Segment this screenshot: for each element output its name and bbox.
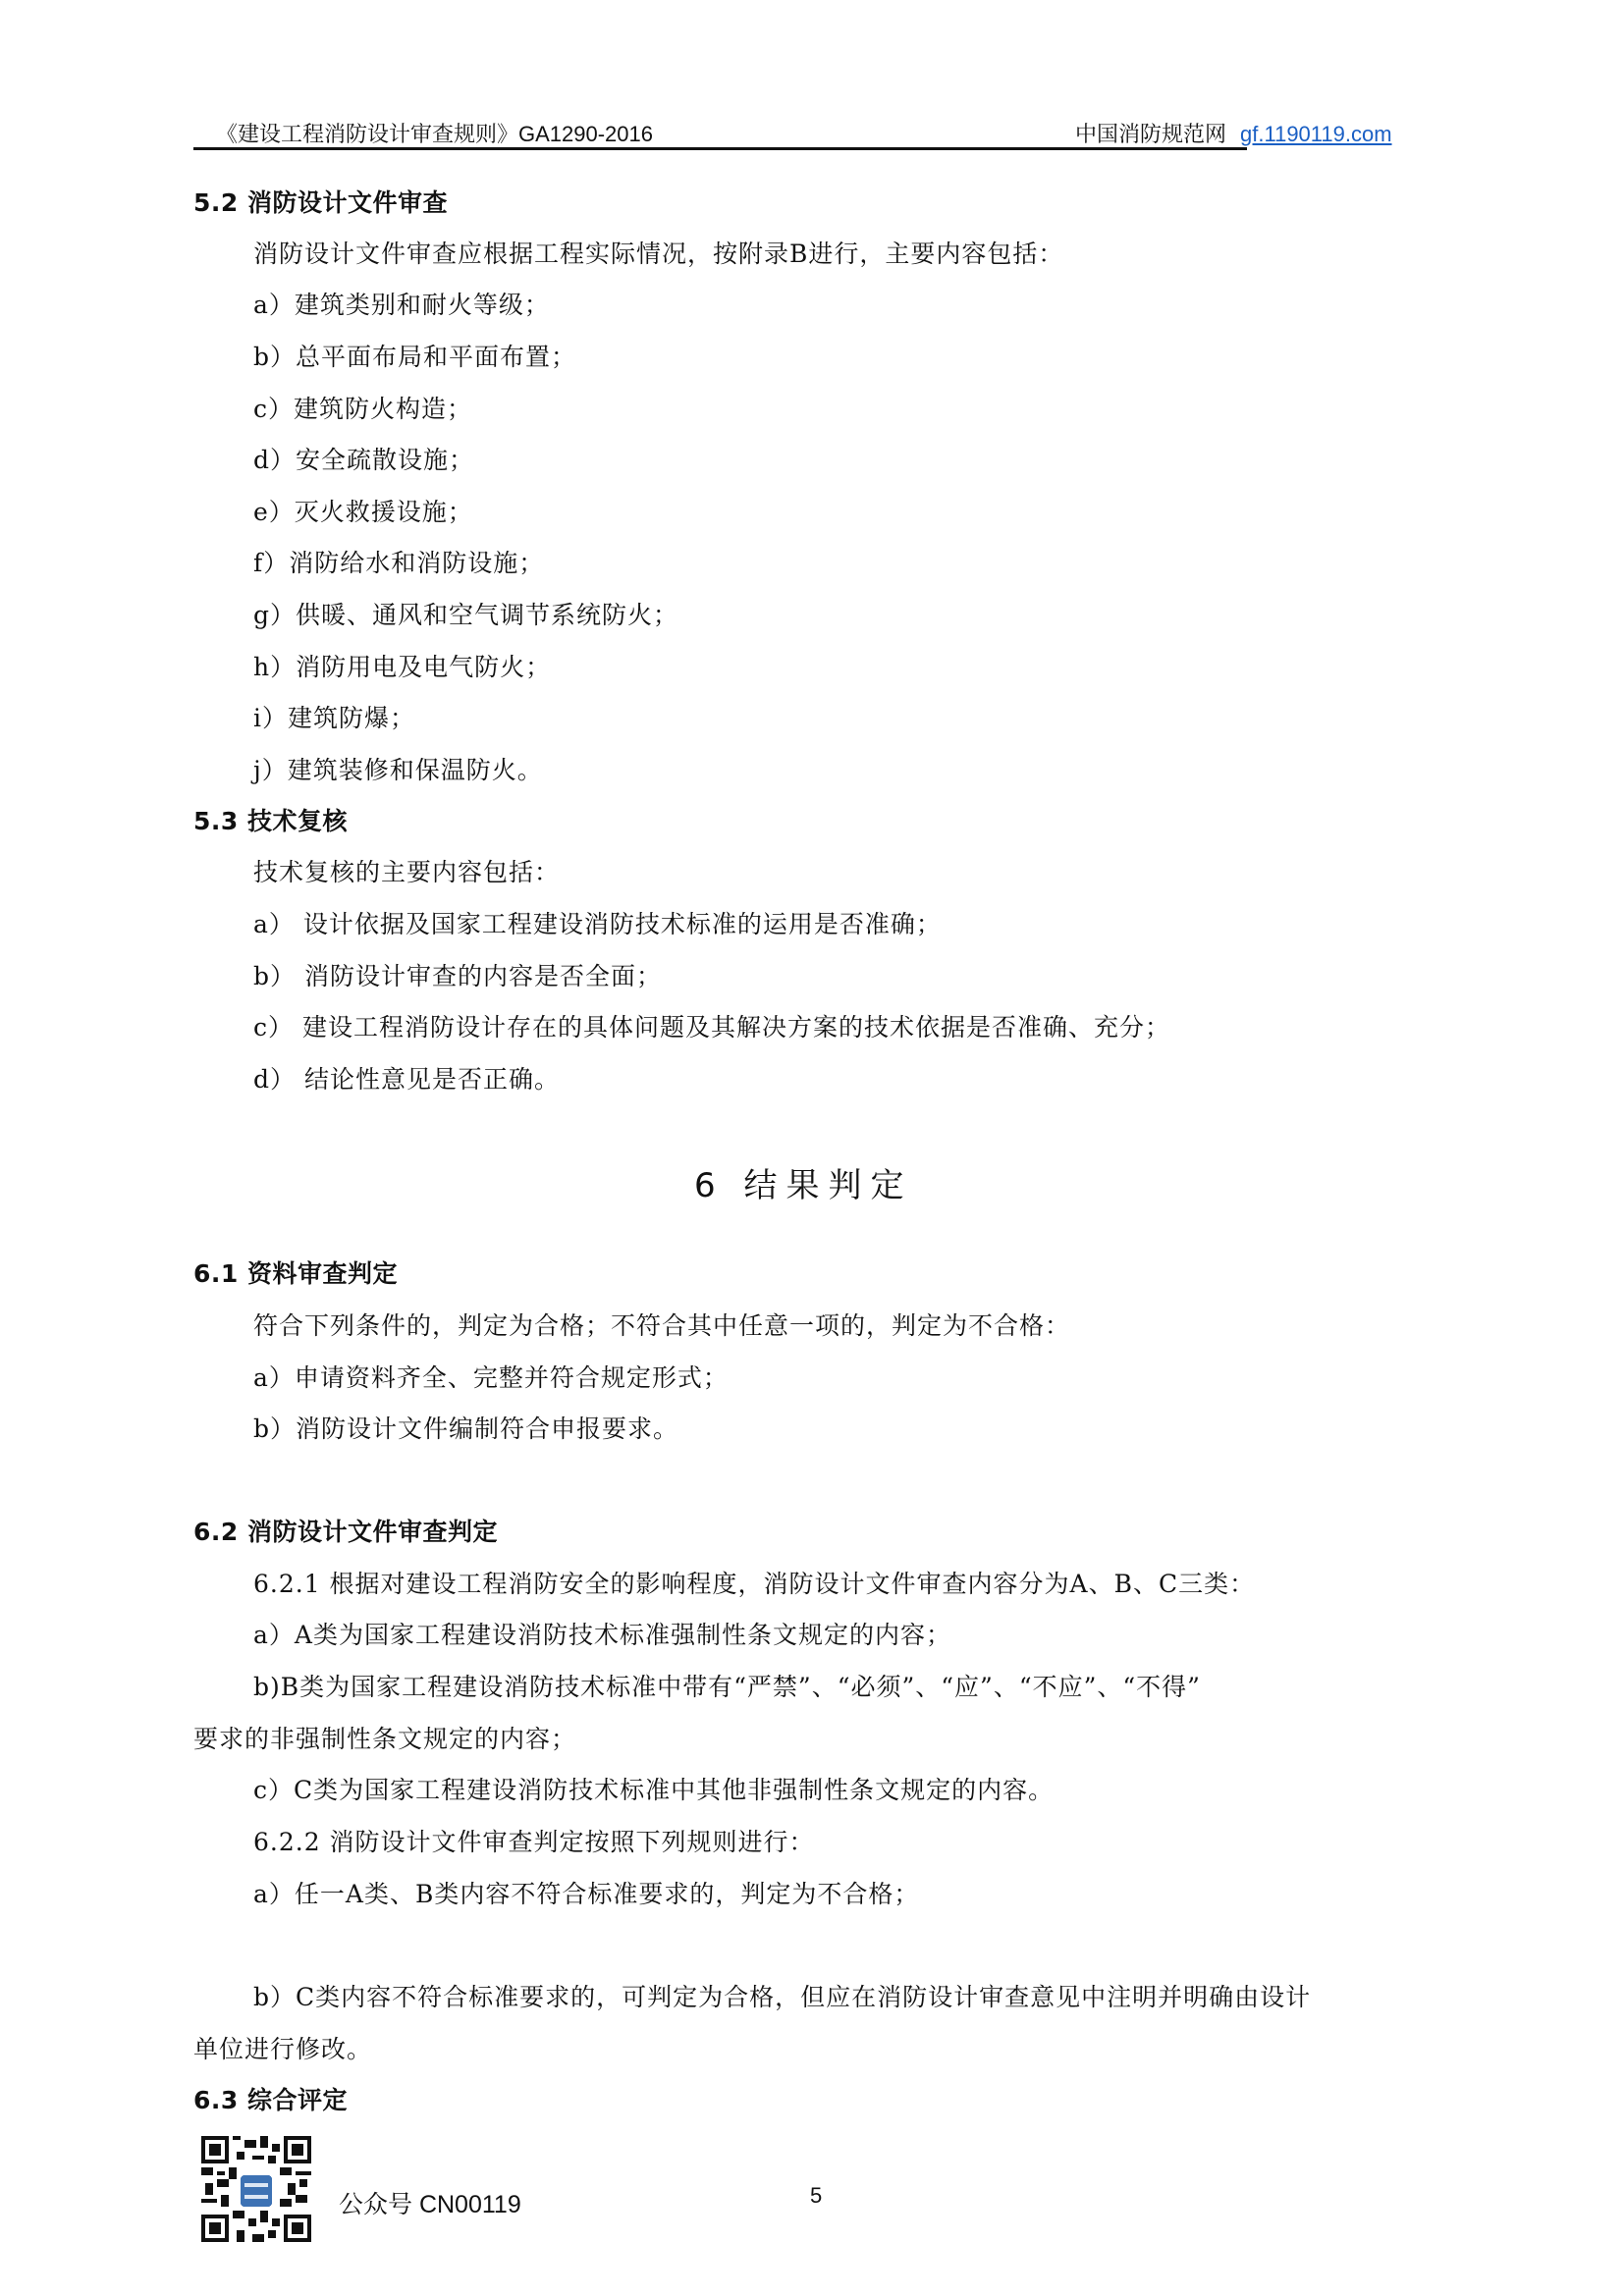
list-item: c） 建设工程消防设计存在的具体问题及其解决方案的技术依据是否准确、充分； (253, 1013, 1170, 1042)
header-rule (193, 147, 1247, 150)
list-item: b）C类内容不符合标准要求的，可判定为合格，但应在消防设计审查意见中注明并明确由… (253, 1983, 1311, 2012)
list-item: b） 消防设计审查的内容是否全面； (253, 962, 662, 991)
list-item: h）消防用电及电气防火； (253, 653, 551, 682)
site-name: 中国消防规范网 (1075, 122, 1226, 146)
list-item: b)B类为国家工程建设消防技术标准中带有“严禁”、“必须”、“应”、“不应”、“… (253, 1673, 1201, 1702)
site-link[interactable]: gf.1190119.com (1240, 122, 1392, 146)
section-heading-5-3: 5.3 技术复核 (193, 807, 348, 836)
chapter-title: 6 结果判定 (694, 1158, 912, 1206)
list-item: a） 设计依据及国家工程建设消防技术标准的运用是否准确； (253, 910, 942, 939)
list-item: b）总平面布局和平面布置； (253, 343, 576, 372)
list-item: c）建筑防火构造； (253, 395, 472, 424)
section-heading-6-1: 6.1 资料审查判定 (193, 1259, 398, 1289)
list-item: a）A类为国家工程建设消防技术标准强制性条文规定的内容； (253, 1621, 951, 1650)
section-heading-6-3: 6.3 综合评定 (193, 2086, 348, 2115)
list-item: j）建筑装修和保温防火。 (253, 756, 543, 785)
paragraph: 消防设计文件审查应根据工程实际情况，按附录B进行，主要内容包括： (253, 240, 1063, 269)
section-heading-5-2: 5.2 消防设计文件审查 (193, 188, 448, 218)
list-item: b）消防设计文件编制符合申报要求。 (253, 1415, 678, 1444)
list-item: f）消防给水和消防设施； (253, 549, 544, 578)
list-item: c）C类为国家工程建设消防技术标准中其他非强制性条文规定的内容。 (253, 1776, 1054, 1805)
list-item: a）申请资料齐全、完整并符合规定形式； (253, 1363, 729, 1393)
paragraph: 符合下列条件的，判定为合格；不符合其中任意一项的，判定为不合格： (253, 1311, 1070, 1341)
clause-6-2-1: 6.2.1 根据对建设工程消防安全的影响程度，消防设计文件审查内容分为A、B、C… (253, 1570, 1255, 1599)
list-item: a）任一A类、B类内容不符合标准要求的，判定为不合格； (253, 1880, 919, 1909)
running-header-title: 《建设工程消防设计审查规则》GA1290-2016 (216, 118, 653, 148)
list-item: g）供暖、通风和空气调节系统防火； (253, 601, 678, 630)
paragraph: 技术复核的主要内容包括： (253, 858, 560, 887)
list-item: e）灭火救援设施； (253, 498, 473, 527)
page-number: 5 (810, 2183, 822, 2209)
list-item-continuation: 单位进行修改。 (193, 2035, 372, 2064)
running-header-site: 中国消防规范网gf.1190119.com (1075, 118, 1392, 148)
clause-6-2-2: 6.2.2 消防设计文件审查判定按照下列规则进行： (253, 1828, 815, 1857)
list-item: d）安全疏散设施； (253, 446, 474, 475)
list-item: a）建筑类别和耐火等级； (253, 291, 550, 320)
list-item: d） 结论性意见是否正确。 (253, 1065, 560, 1095)
list-item: i）建筑防爆； (253, 704, 415, 733)
section-heading-6-2: 6.2 消防设计文件审查判定 (193, 1518, 498, 1547)
list-item-continuation: 要求的非强制性条文规定的内容； (193, 1725, 576, 1754)
qr-code-icon (201, 2136, 311, 2242)
wechat-account: 公众号 CN00119 (339, 2185, 521, 2220)
